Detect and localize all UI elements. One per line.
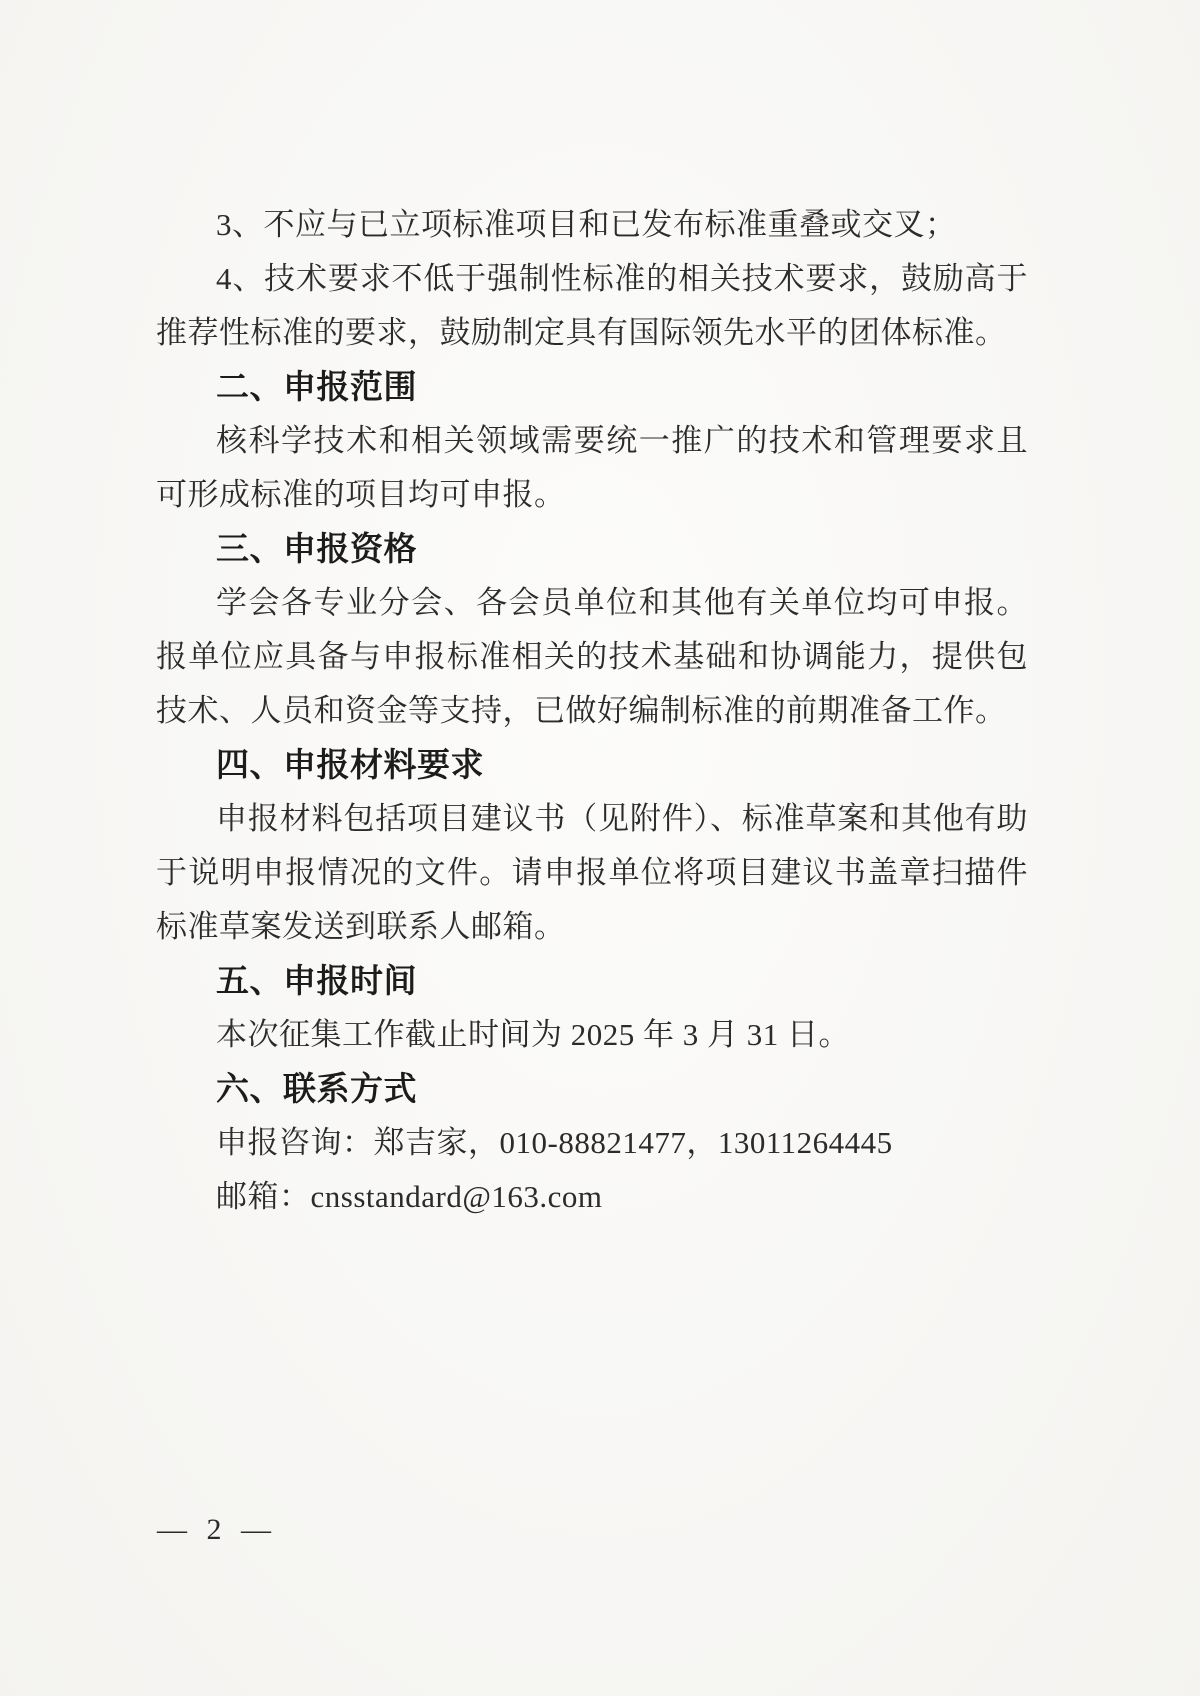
document-page: 3、不应与已立项标准项目和已发布标准重叠或交叉； 4、技术要求不低于强制性标准的… xyxy=(0,0,1200,1696)
section-heading-application-time: 五、申报时间 xyxy=(156,954,1028,1008)
section-heading-contact-info: 六、联系方式 xyxy=(156,1062,1028,1116)
text-line: 于说明申报情况的文件。请申报单位将项目建议书盖章扫描件和 xyxy=(156,846,1028,900)
text-line: 报单位应具备与申报标准相关的技术基础和协调能力，提供包括 xyxy=(156,630,1028,684)
text-line-deadline: 本次征集工作截止时间为 2025 年 3 月 31 日。 xyxy=(156,1008,1028,1062)
text-line: 技术、人员和资金等支持，已做好编制标准的前期准备工作。 xyxy=(156,684,1028,738)
text-line: 申报材料包括项目建议书（见附件）、标准草案和其他有助 xyxy=(156,792,1028,846)
text-line: 可形成标准的项目均可申报。 xyxy=(156,468,1028,522)
text-line-item-4-continued: 推荐性标准的要求，鼓励制定具有国际领先水平的团体标准。 xyxy=(156,306,1028,360)
text-line: 标准草案发送到联系人邮箱。 xyxy=(156,900,1028,954)
section-heading-material-requirements: 四、申报材料要求 xyxy=(156,738,1028,792)
contact-phone-line: 申报咨询：郑吉家，010-88821477，13011264445 xyxy=(156,1116,1028,1170)
text-line-item-4: 4、技术要求不低于强制性标准的相关技术要求，鼓励高于 xyxy=(156,252,1028,306)
section-heading-application-scope: 二、申报范围 xyxy=(156,360,1028,414)
section-heading-eligibility: 三、申报资格 xyxy=(156,522,1028,576)
document-body: 3、不应与已立项标准项目和已发布标准重叠或交叉； 4、技术要求不低于强制性标准的… xyxy=(156,198,1028,1224)
contact-email-line: 邮箱：cnsstandard@163.com xyxy=(156,1170,1028,1224)
text-line: 核科学技术和相关领域需要统一推广的技术和管理要求且 xyxy=(156,414,1028,468)
text-line: 学会各专业分会、各会员单位和其他有关单位均可申报。申 xyxy=(156,576,1028,630)
text-line-item-3: 3、不应与已立项标准项目和已发布标准重叠或交叉； xyxy=(156,198,1028,252)
page-number: — 2 — xyxy=(157,1508,277,1552)
